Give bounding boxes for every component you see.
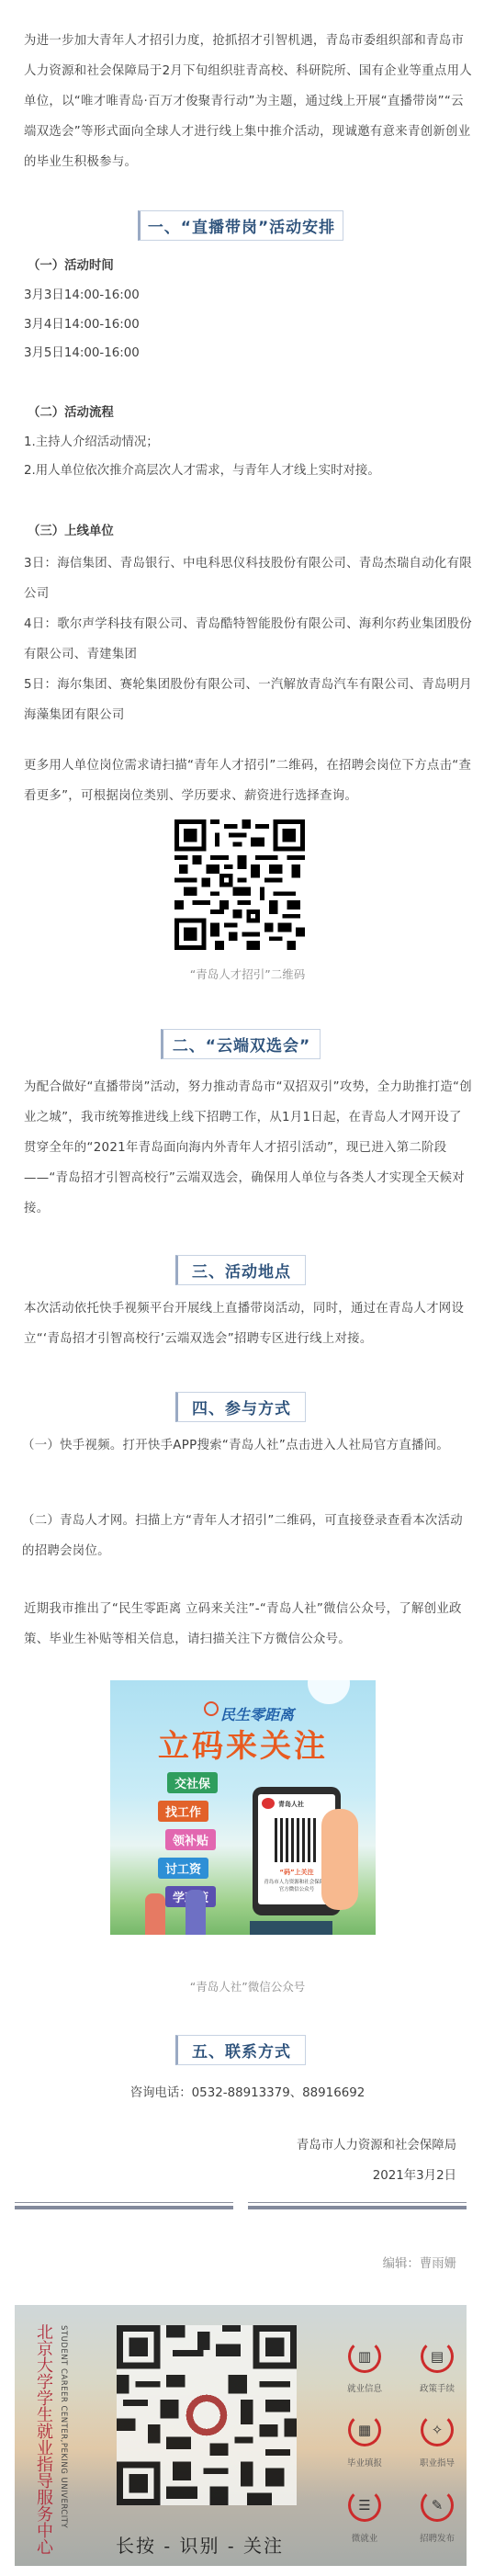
tag-subsidy: 领补贴 <box>165 1829 216 1850</box>
time-item: 3月3日14:00-16:00 <box>24 287 140 305</box>
editor-credit: 编辑：曹雨姗 <box>383 2254 456 2271</box>
icon-label: 微就业 <box>332 2531 397 2544</box>
talent-recruitment-qr-code[interactable] <box>174 819 305 950</box>
units-day3: 3日：海信集团、青岛银行、中电科思仪科技股份有限公司、青岛杰瑞自动化有限公司 <box>24 548 474 609</box>
time-item: 3月4日14:00-16:00 <box>24 316 140 334</box>
section-heading-cloud-fair: 二、“云端双选会” <box>161 1029 321 1059</box>
tag-social-security: 交社保 <box>167 1772 218 1793</box>
graduation-report-icon[interactable]: ▦ <box>348 2413 381 2446</box>
sun-shape <box>308 1680 350 1704</box>
footer-org-en: STUDENT CAREER CENTER,PEKING UNIVERCITY <box>59 2325 68 2528</box>
cloud-fair-paragraph: 为配合做好“直播带岗”活动，努力推动青岛市“双招双引”攻势，全力助推打造“创业之… <box>24 1072 474 1224</box>
poster-title: 立码来关注 <box>158 1721 328 1766</box>
divider-line <box>248 2202 467 2203</box>
recruitment-post-icon[interactable]: ✎ <box>421 2489 454 2522</box>
footer-org-cn: 北京大学学生就业指导服务中心 <box>35 2323 53 2555</box>
employment-info-icon[interactable]: ▥ <box>348 2340 381 2373</box>
section-heading-location: 三、活动地点 <box>175 1255 306 1285</box>
micro-employment-icon[interactable]: ☰ <box>348 2489 381 2522</box>
sleeve-illustration <box>250 1921 332 1935</box>
policy-procedures-icon[interactable]: ▤ <box>421 2340 454 2373</box>
footer-slogan: 长按 - 识别 - 关注 <box>116 2531 284 2558</box>
person-left-illustration <box>145 1893 165 1935</box>
units-day5: 5日：海尔集团、赛轮集团股份有限公司、一汽解放青岛汽车有限公司、青岛明月海藻集团… <box>24 670 474 730</box>
person-right-illustration <box>186 1890 206 1935</box>
career-center-qr-code[interactable] <box>117 2325 297 2505</box>
method-kuaishou: （一）快手视频。打开快手APP搜索“青岛人社”点击进入人社局官方直播间。 <box>22 1430 472 1461</box>
subheading-activity-process: （二）活动流程 <box>28 404 114 423</box>
wechat-note-paragraph: 近期我市推出了“民生零距离 立码来关注”-“青岛人社”微信公众号，了解创业政策、… <box>24 1594 474 1655</box>
tag-wages: 讨工资 <box>158 1858 208 1879</box>
more-info-paragraph: 更多用人单位岗位需求请扫描“青年人才招引”二维码，在招聘会岗位下方点击“查看更多… <box>24 751 474 811</box>
signature-date: 2021年3月2日 <box>373 2165 456 2183</box>
poster-caption: “青岛人社”微信公众号 <box>0 1978 495 1994</box>
icon-label: 就业信息 <box>332 2381 397 2394</box>
phone-account-name: 青岛人社 <box>278 1800 304 1809</box>
method-talent-site: （二）青岛人才网。扫描上方“青年人才招引”二维码，可直接登录查看本次活动的招聘会… <box>22 1506 472 1566</box>
hand-illustration <box>321 1809 358 1910</box>
wechat-qr-code <box>275 1818 319 1862</box>
intro-paragraph: 为进一步加大青年人才招引力度，抢抓招才引智机遇，青岛市委组织部和青岛市人力资源和… <box>24 26 474 177</box>
location-paragraph: 本次活动依托快手视频平台开展线上直播带岗活动，同时，通过在青岛人才网设立“‘青岛… <box>24 1294 474 1354</box>
divider-line <box>15 2206 233 2209</box>
units-day4: 4日：歌尔声学科技有限公司、青岛酷特智能股份有限公司、海利尔药业集团股份有限公司… <box>24 609 474 670</box>
divider-line <box>15 2202 233 2203</box>
process-item: 2.用人单位依次推介高层次人才需求，与青年人才线上实时对接。 <box>24 462 380 480</box>
section-heading-live-broadcast: 一、“直播带岗”活动安排 <box>138 210 343 241</box>
contact-phone: 咨询电话：0532-88913379、88916692 <box>0 2083 495 2100</box>
divider-line <box>248 2206 467 2209</box>
time-item: 3月5日14:00-16:00 <box>24 345 140 363</box>
icon-label: 政策手续 <box>405 2381 467 2394</box>
section-heading-participation: 四、参与方式 <box>175 1392 306 1422</box>
wechat-poster-image[interactable]: 民生零距离 立码来关注 交社保 找工作 领补贴 讨工资 学政策 青岛人社 “码”… <box>110 1680 376 1935</box>
subheading-activity-time: （一）活动时间 <box>28 257 114 276</box>
tag-find-job: 找工作 <box>158 1801 208 1822</box>
signature-org: 青岛市人力资源和社会保障局 <box>297 2135 456 2152</box>
icon-label: 职业指导 <box>405 2456 467 2469</box>
career-guidance-icon[interactable]: ✧ <box>421 2413 454 2446</box>
career-center-banner[interactable]: 北京大学学生就业指导服务中心 STUDENT CAREER CENTER,PEK… <box>15 2305 467 2566</box>
subheading-online-units: （三）上线单位 <box>28 523 114 541</box>
process-item: 1.主持人介绍活动情况； <box>24 434 159 452</box>
icon-label: 招聘发布 <box>405 2531 467 2544</box>
icon-label: 毕业填报 <box>332 2456 397 2469</box>
hrss-logo-icon <box>262 1798 275 1809</box>
target-icon <box>204 1701 219 1716</box>
qr-caption-talent: “青岛人才招引”二维码 <box>0 966 495 982</box>
section-heading-contact: 五、联系方式 <box>175 2035 306 2065</box>
